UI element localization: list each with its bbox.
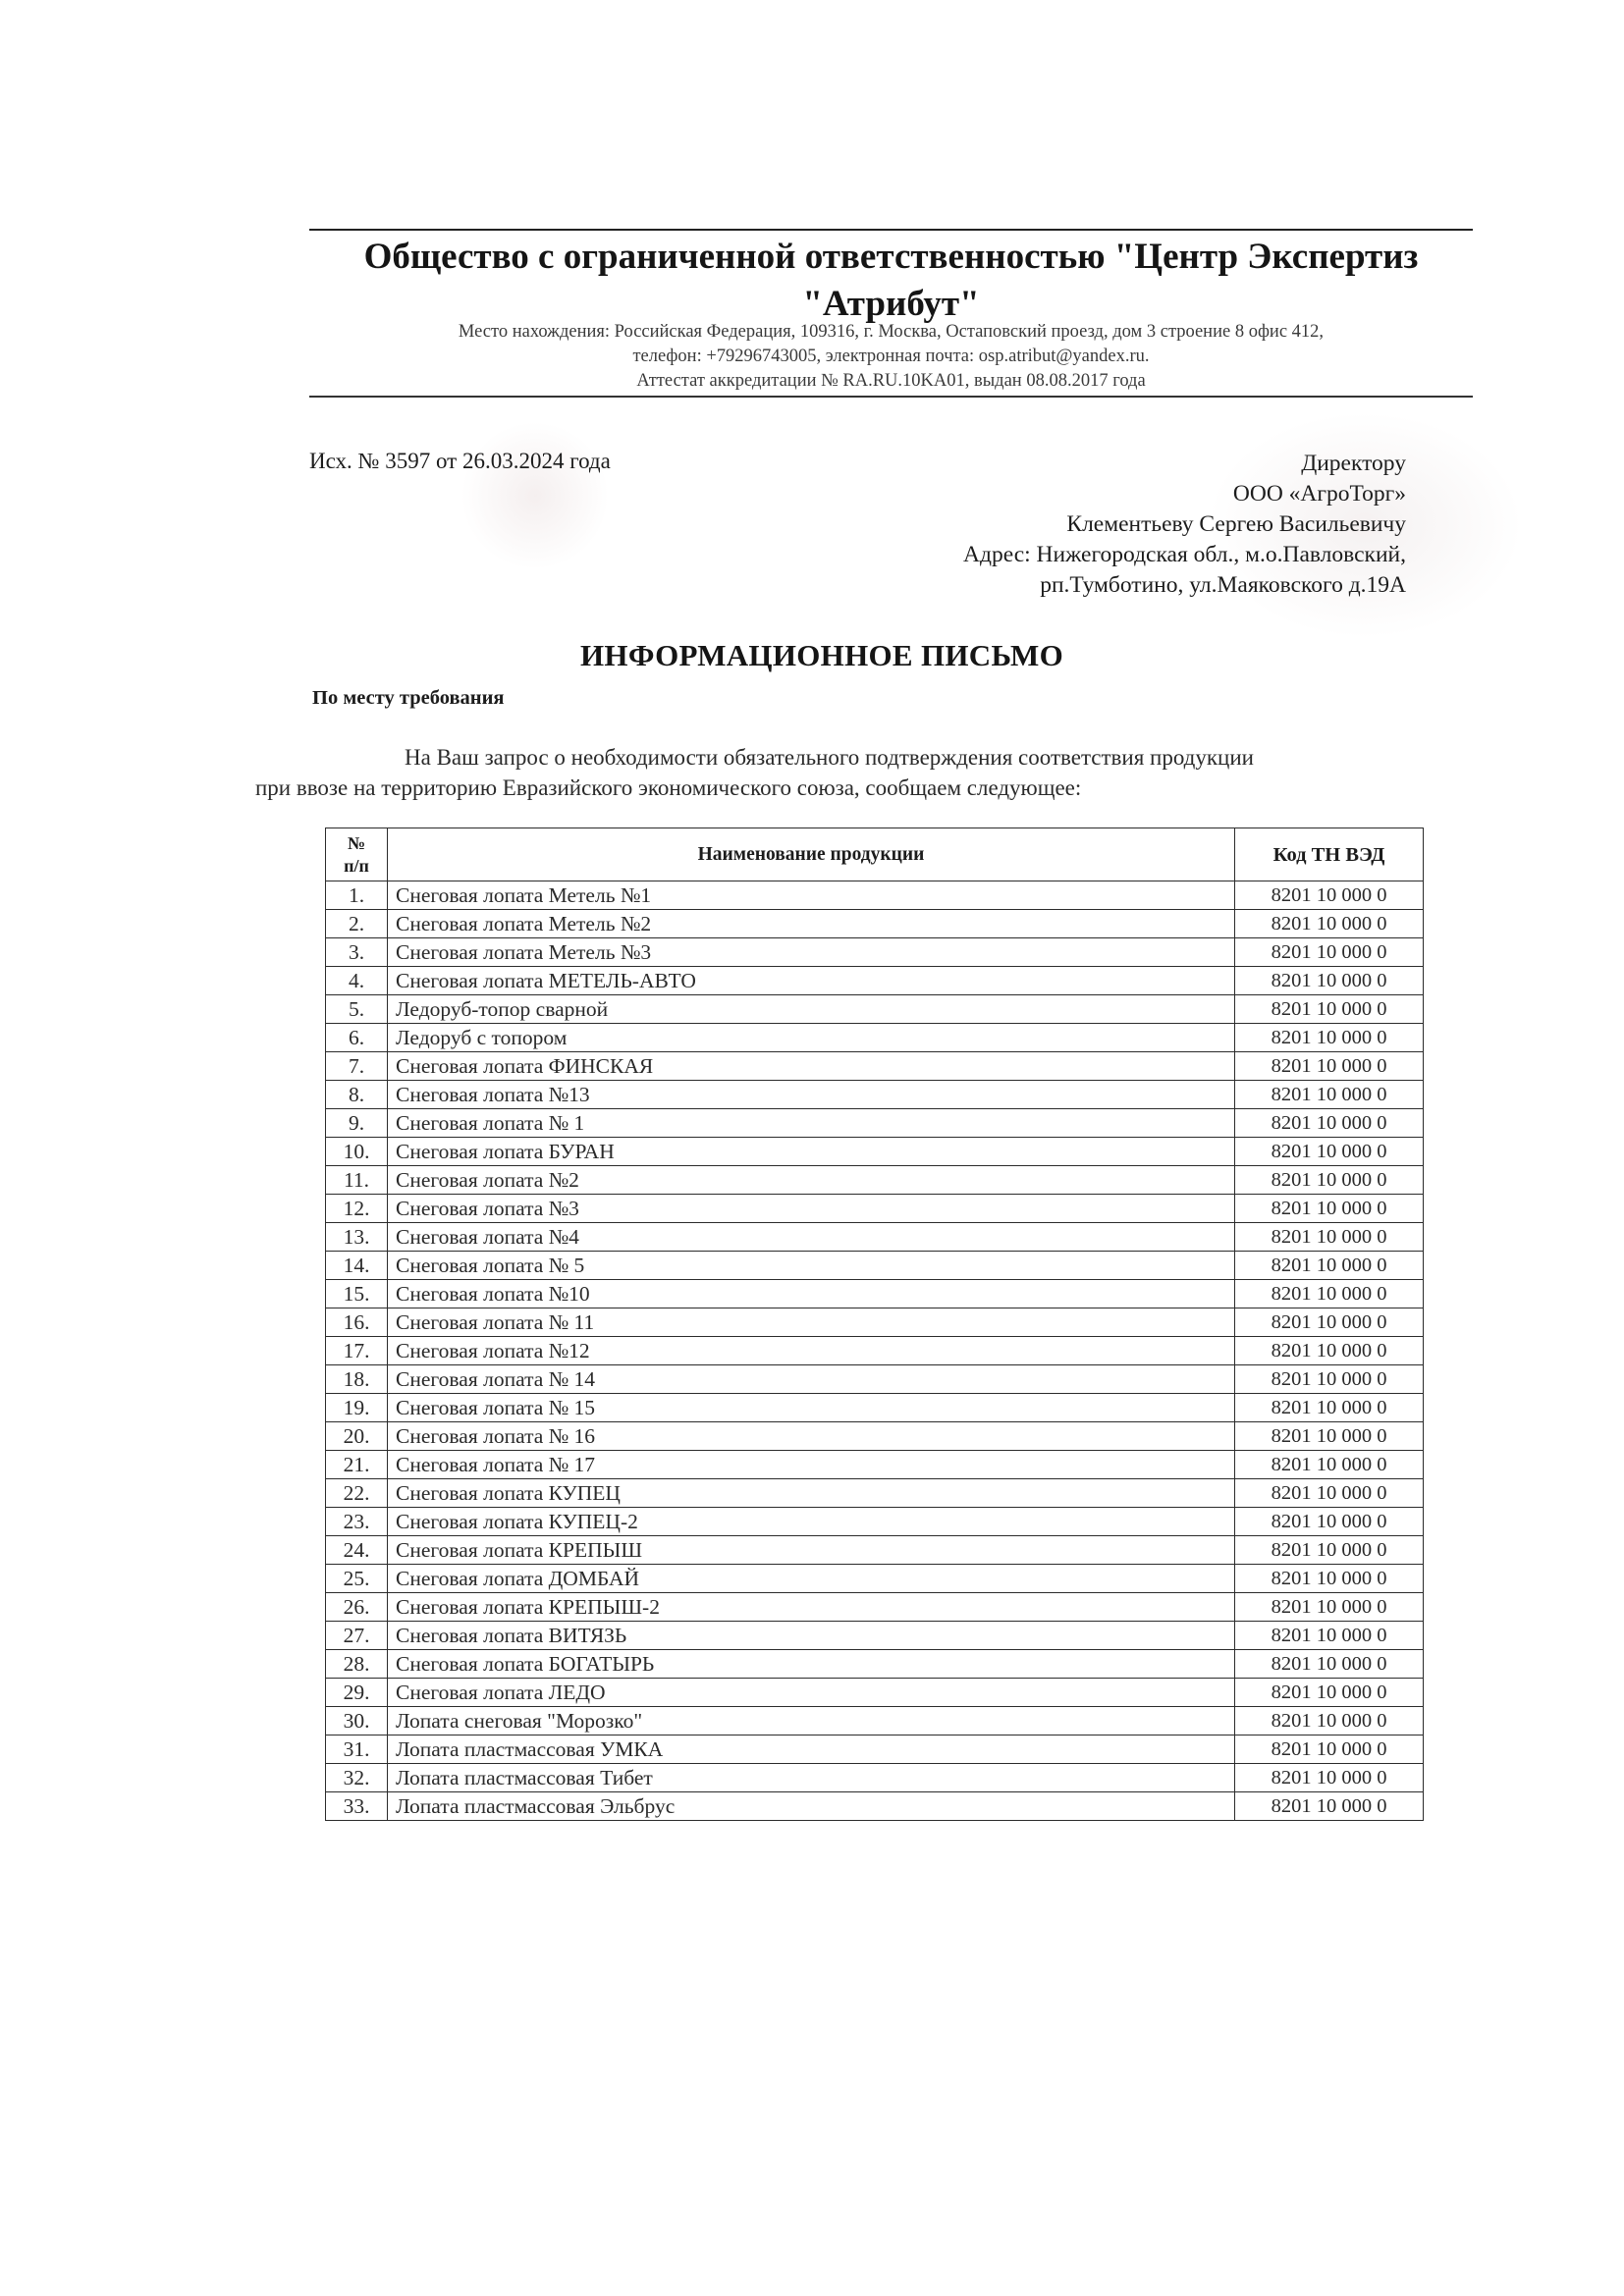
table-row: 9.Снеговая лопата № 18201 10 000 0	[326, 1109, 1424, 1138]
hs-code: 8201 10 000 0	[1235, 967, 1424, 995]
table-body: 1.Снеговая лопата Метель №18201 10 000 0…	[326, 881, 1424, 1821]
product-name: Снеговая лопата КРЕПЫШ-2	[388, 1593, 1235, 1622]
table-row: 25.Снеговая лопата ДОМБАЙ8201 10 000 0	[326, 1565, 1424, 1593]
product-name: Снеговая лопата ДОМБАЙ	[388, 1565, 1235, 1593]
row-number: 8.	[326, 1081, 388, 1109]
row-number: 33.	[326, 1792, 388, 1821]
hs-code: 8201 10 000 0	[1235, 881, 1424, 910]
row-number: 19.	[326, 1394, 388, 1422]
organization-name: Общество с ограниченной ответственностью…	[309, 234, 1473, 328]
product-name: Снеговая лопата № 17	[388, 1451, 1235, 1479]
table-row: 2.Снеговая лопата Метель №28201 10 000 0	[326, 910, 1424, 938]
table-row: 21.Снеговая лопата № 178201 10 000 0	[326, 1451, 1424, 1479]
table-row: 13.Снеговая лопата №48201 10 000 0	[326, 1223, 1424, 1252]
hs-code: 8201 10 000 0	[1235, 1166, 1424, 1195]
product-name: Снеговая лопата МЕТЕЛЬ-АВТО	[388, 967, 1235, 995]
row-number: 23.	[326, 1508, 388, 1536]
row-number: 25.	[326, 1565, 388, 1593]
product-name: Снеговая лопата БУРАН	[388, 1138, 1235, 1166]
hs-code: 8201 10 000 0	[1235, 1052, 1424, 1081]
organization-details: Место нахождения: Российская Федерация, …	[309, 320, 1473, 394]
product-name: Снеговая лопата БОГАТЫРЬ	[388, 1650, 1235, 1679]
column-header-product-name: Наименование продукции	[388, 828, 1235, 881]
row-number: 14.	[326, 1252, 388, 1280]
row-number: 17.	[326, 1337, 388, 1365]
row-number: 15.	[326, 1280, 388, 1308]
row-number: 18.	[326, 1365, 388, 1394]
row-number: 16.	[326, 1308, 388, 1337]
table-row: 16.Снеговая лопата № 118201 10 000 0	[326, 1308, 1424, 1337]
recipient-address-line-1: Адрес: Нижегородская обл., м.о.Павловски…	[963, 540, 1406, 570]
hs-code: 8201 10 000 0	[1235, 1707, 1424, 1735]
hs-code: 8201 10 000 0	[1235, 1365, 1424, 1394]
table-row: 30.Лопата снеговая "Морозко"8201 10 000 …	[326, 1707, 1424, 1735]
hs-code: 8201 10 000 0	[1235, 1195, 1424, 1223]
hs-code: 8201 10 000 0	[1235, 1622, 1424, 1650]
hs-code: 8201 10 000 0	[1235, 1650, 1424, 1679]
hs-code: 8201 10 000 0	[1235, 1536, 1424, 1565]
column-header-number: № п/п	[326, 828, 388, 881]
hs-code: 8201 10 000 0	[1235, 995, 1424, 1024]
row-number: 32.	[326, 1764, 388, 1792]
table-row: 3.Снеговая лопата Метель №38201 10 000 0	[326, 938, 1424, 967]
table-row: 26.Снеговая лопата КРЕПЫШ-28201 10 000 0	[326, 1593, 1424, 1622]
recipient-block: Директору ООО «АгроТорг» Клементьеву Сер…	[963, 449, 1406, 601]
organization-contacts: телефон: +79296743005, электронная почта…	[309, 345, 1473, 369]
hs-code: 8201 10 000 0	[1235, 910, 1424, 938]
recipient-position: Директору	[963, 449, 1406, 479]
hs-code: 8201 10 000 0	[1235, 1508, 1424, 1536]
table-row: 32.Лопата пластмассовая Тибет8201 10 000…	[326, 1764, 1424, 1792]
accreditation-certificate: Аттестат аккредитации № RA.RU.10KA01, вы…	[309, 369, 1473, 394]
product-name: Снеговая лопата №2	[388, 1166, 1235, 1195]
product-name: Ледоруб-топор сварной	[388, 995, 1235, 1024]
table-row: 11.Снеговая лопата №28201 10 000 0	[326, 1166, 1424, 1195]
table-row: 15.Снеговая лопата №108201 10 000 0	[326, 1280, 1424, 1308]
recipient-company: ООО «АгроТорг»	[963, 479, 1406, 509]
column-header-number-line-2: п/п	[326, 855, 387, 878]
product-name: Снеговая лопата Метель №1	[388, 881, 1235, 910]
row-number: 21.	[326, 1451, 388, 1479]
product-name: Снеговая лопата № 16	[388, 1422, 1235, 1451]
row-number: 30.	[326, 1707, 388, 1735]
product-name: Снеговая лопата №4	[388, 1223, 1235, 1252]
row-number: 1.	[326, 881, 388, 910]
row-number: 5.	[326, 995, 388, 1024]
hs-code: 8201 10 000 0	[1235, 1679, 1424, 1707]
product-name: Лопата пластмассовая УМКА	[388, 1735, 1235, 1764]
product-name: Снеговая лопата Метель №3	[388, 938, 1235, 967]
row-number: 9.	[326, 1109, 388, 1138]
document-title: ИНФОРМАЦИОННОЕ ПИСЬМО	[0, 638, 1624, 673]
table-row: 23.Снеговая лопата КУПЕЦ-28201 10 000 0	[326, 1508, 1424, 1536]
row-number: 28.	[326, 1650, 388, 1679]
product-name: Снеговая лопата № 15	[388, 1394, 1235, 1422]
hs-code: 8201 10 000 0	[1235, 1593, 1424, 1622]
table-row: 20.Снеговая лопата № 168201 10 000 0	[326, 1422, 1424, 1451]
letter-body-line-2: при ввозе на территорию Евразийского эко…	[255, 773, 1410, 803]
table-row: 19.Снеговая лопата № 158201 10 000 0	[326, 1394, 1424, 1422]
product-name: Снеговая лопата № 1	[388, 1109, 1235, 1138]
row-number: 29.	[326, 1679, 388, 1707]
hs-code: 8201 10 000 0	[1235, 1280, 1424, 1308]
hs-code: 8201 10 000 0	[1235, 1735, 1424, 1764]
hs-code: 8201 10 000 0	[1235, 1479, 1424, 1508]
row-number: 4.	[326, 967, 388, 995]
hs-code: 8201 10 000 0	[1235, 1764, 1424, 1792]
hs-code: 8201 10 000 0	[1235, 1223, 1424, 1252]
table-row: 29.Снеговая лопата ЛЕДО8201 10 000 0	[326, 1679, 1424, 1707]
hs-code: 8201 10 000 0	[1235, 938, 1424, 967]
product-name: Снеговая лопата КУПЕЦ-2	[388, 1508, 1235, 1536]
table-row: 7.Снеговая лопата ФИНСКАЯ8201 10 000 0	[326, 1052, 1424, 1081]
stamp-trace	[461, 422, 609, 569]
hs-code: 8201 10 000 0	[1235, 1565, 1424, 1593]
product-name: Снеговая лопата №13	[388, 1081, 1235, 1109]
row-number: 10.	[326, 1138, 388, 1166]
organization-name-line-1: Общество с ограниченной ответственностью…	[309, 234, 1473, 281]
table-row: 4.Снеговая лопата МЕТЕЛЬ-АВТО8201 10 000…	[326, 967, 1424, 995]
hs-code: 8201 10 000 0	[1235, 1451, 1424, 1479]
table-row: 14.Снеговая лопата № 58201 10 000 0	[326, 1252, 1424, 1280]
letterhead-top-rule	[309, 229, 1473, 231]
table-header-row: № п/п Наименование продукции Код ТН ВЭД	[326, 828, 1424, 881]
hs-code: 8201 10 000 0	[1235, 1394, 1424, 1422]
product-name: Снеговая лопата ЛЕДО	[388, 1679, 1235, 1707]
hs-code: 8201 10 000 0	[1235, 1337, 1424, 1365]
product-name: Снеговая лопата № 14	[388, 1365, 1235, 1394]
column-header-hs-code: Код ТН ВЭД	[1235, 828, 1424, 881]
hs-code: 8201 10 000 0	[1235, 1308, 1424, 1337]
hs-code: 8201 10 000 0	[1235, 1792, 1424, 1821]
letter-body-line-1: На Ваш запрос о необходимости обязательн…	[330, 742, 1410, 773]
product-name: Лопата пластмассовая Эльбрус	[388, 1792, 1235, 1821]
row-number: 7.	[326, 1052, 388, 1081]
row-number: 3.	[326, 938, 388, 967]
letterhead-bottom-rule	[309, 396, 1473, 398]
product-name: Ледоруб с топором	[388, 1024, 1235, 1052]
row-number: 20.	[326, 1422, 388, 1451]
hs-code: 8201 10 000 0	[1235, 1109, 1424, 1138]
row-number: 2.	[326, 910, 388, 938]
table-row: 8.Снеговая лопата №138201 10 000 0	[326, 1081, 1424, 1109]
row-number: 27.	[326, 1622, 388, 1650]
table-row: 12.Снеговая лопата №38201 10 000 0	[326, 1195, 1424, 1223]
table-row: 33.Лопата пластмассовая Эльбрус8201 10 0…	[326, 1792, 1424, 1821]
products-table: № п/п Наименование продукции Код ТН ВЭД …	[325, 828, 1424, 1821]
table-row: 28.Снеговая лопата БОГАТЫРЬ8201 10 000 0	[326, 1650, 1424, 1679]
addressee-note: По месту требования	[312, 687, 504, 710]
product-name: Снеговая лопата КРЕПЫШ	[388, 1536, 1235, 1565]
table-row: 17.Снеговая лопата №128201 10 000 0	[326, 1337, 1424, 1365]
row-number: 12.	[326, 1195, 388, 1223]
table-row: 24.Снеговая лопата КРЕПЫШ8201 10 000 0	[326, 1536, 1424, 1565]
hs-code: 8201 10 000 0	[1235, 1422, 1424, 1451]
hs-code: 8201 10 000 0	[1235, 1024, 1424, 1052]
letter-body: На Ваш запрос о необходимости обязательн…	[330, 742, 1410, 803]
product-name: Снеговая лопата ФИНСКАЯ	[388, 1052, 1235, 1081]
table-row: 10.Снеговая лопата БУРАН8201 10 000 0	[326, 1138, 1424, 1166]
product-name: Снеговая лопата № 5	[388, 1252, 1235, 1280]
row-number: 26.	[326, 1593, 388, 1622]
table-row: 6.Ледоруб с топором8201 10 000 0	[326, 1024, 1424, 1052]
table-row: 27.Снеговая лопата ВИТЯЗЬ8201 10 000 0	[326, 1622, 1424, 1650]
table-row: 1.Снеговая лопата Метель №18201 10 000 0	[326, 881, 1424, 910]
hs-code: 8201 10 000 0	[1235, 1081, 1424, 1109]
table-row: 18.Снеговая лопата № 148201 10 000 0	[326, 1365, 1424, 1394]
recipient-address-line-2: рп.Тумботино, ул.Маяковского д.19А	[963, 570, 1406, 601]
hs-code: 8201 10 000 0	[1235, 1252, 1424, 1280]
product-name: Снеговая лопата №10	[388, 1280, 1235, 1308]
table-row: 31.Лопата пластмассовая УМКА8201 10 000 …	[326, 1735, 1424, 1764]
product-name: Снеговая лопата №3	[388, 1195, 1235, 1223]
product-name: Лопата снеговая "Морозко"	[388, 1707, 1235, 1735]
outgoing-reference: Исх. № 3597 от 26.03.2024 года	[309, 449, 611, 474]
product-name: Снеговая лопата КУПЕЦ	[388, 1479, 1235, 1508]
row-number: 6.	[326, 1024, 388, 1052]
row-number: 22.	[326, 1479, 388, 1508]
table-row: 5.Ледоруб-топор сварной8201 10 000 0	[326, 995, 1424, 1024]
product-name: Снеговая лопата № 11	[388, 1308, 1235, 1337]
organization-address: Место нахождения: Российская Федерация, …	[309, 320, 1473, 345]
product-name: Снеговая лопата ВИТЯЗЬ	[388, 1622, 1235, 1650]
hs-code: 8201 10 000 0	[1235, 1138, 1424, 1166]
row-number: 24.	[326, 1536, 388, 1565]
product-name: Снеговая лопата №12	[388, 1337, 1235, 1365]
table-row: 22.Снеговая лопата КУПЕЦ8201 10 000 0	[326, 1479, 1424, 1508]
product-name: Лопата пластмассовая Тибет	[388, 1764, 1235, 1792]
recipient-name: Клементьеву Сергею Васильевичу	[963, 509, 1406, 540]
product-name: Снеговая лопата Метель №2	[388, 910, 1235, 938]
row-number: 31.	[326, 1735, 388, 1764]
column-header-number-line-1: №	[326, 832, 387, 855]
row-number: 11.	[326, 1166, 388, 1195]
row-number: 13.	[326, 1223, 388, 1252]
